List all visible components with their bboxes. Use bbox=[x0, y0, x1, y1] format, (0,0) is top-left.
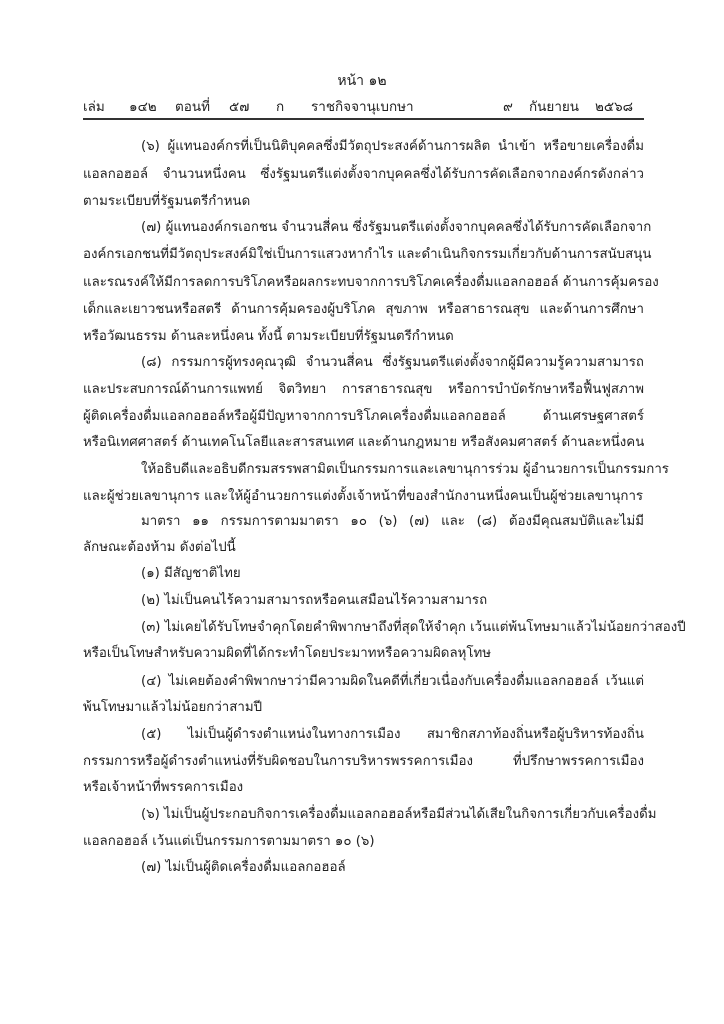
text-line: ลักษณะต้องห้าม ดังต่อไปนี้ bbox=[83, 538, 644, 558]
text-line: และผู้ช่วยเลขานุการ และให้ผู้อำนวยการแต่… bbox=[83, 487, 644, 507]
text-line: องค์กรเอกชนที่มีวัตถุประสงค์มิใช่เป็นการ… bbox=[83, 245, 644, 265]
text-line: เด็กและเยาวชนหรือสตรี ด้านการคุ้มครองผู้… bbox=[83, 300, 644, 320]
text-line: หรือวัฒนธรรม ด้านละหนึ่งคน ทั้งนี้ ตามระ… bbox=[83, 327, 644, 347]
text-line: และรณรงค์ให้มีการลดการบริโภคหรือผลกระทบจ… bbox=[83, 273, 644, 293]
text-line: ผู้ติดเครื่องดื่มแอลกอฮอล์หรือผู้มีปัญหา… bbox=[83, 407, 644, 427]
text-line: (๒) ไม่เป็นคนไร้ความสามารถหรือคนเสมือนไร… bbox=[141, 591, 644, 611]
text-line: หรือนิเทศศาสตร์ ด้านเทคโนโลยีและสารสนเทศ… bbox=[83, 433, 644, 453]
text-line: (๘) กรรมการผู้ทรงคุณวุฒิ จำนวนสี่คน ซึ่ง… bbox=[141, 353, 644, 373]
header-divider bbox=[83, 118, 644, 120]
date-year: ๒๕๖๘ bbox=[595, 95, 633, 117]
text-line: มาตรา ๑๑ กรรมการตามมาตรา ๑๐ (๖) (๗) และ … bbox=[141, 512, 644, 532]
text-line: หรือเจ้าหน้าที่พรรคการเมือง bbox=[83, 778, 644, 798]
text-line: (๖) ไม่เป็นผู้ประกอบกิจการเครื่องดื่มแอล… bbox=[141, 805, 644, 825]
text-line: กรรมการหรือผู้ดำรงตำแหน่งที่รับผิดชอบในก… bbox=[83, 752, 644, 772]
publication-name: ราชกิจจานุเบกษา bbox=[311, 95, 414, 117]
text-line: (๗) ไม่เป็นผู้ติดเครื่องดื่มแอลกอฮอล์ bbox=[141, 858, 644, 878]
date-day: ๙ bbox=[503, 95, 513, 117]
text-line: แอลกอฮอล์ เว้นแต่เป็นกรรมการตามมาตรา ๑๐ … bbox=[83, 832, 644, 852]
section-label: ตอนที่ bbox=[175, 95, 210, 117]
text-line: (๔) ไม่เคยต้องคำพิพากษาว่ามีความผิดในคดี… bbox=[141, 672, 644, 692]
page-number: หน้า ๑๒ bbox=[0, 70, 724, 92]
text-line: (๓) ไม่เคยได้รับโทษจำคุกโดยคำพิพากษาถึงท… bbox=[141, 618, 644, 638]
volume-label: เล่ม bbox=[83, 95, 105, 117]
text-line: และประสบการณ์ด้านการแพทย์ จิตวิทยา การสา… bbox=[83, 380, 644, 400]
text-line: พ้นโทษมาแล้วไม่น้อยกว่าสามปี bbox=[83, 698, 644, 718]
text-line: หรือเป็นโทษสำหรับความผิดที่ได้กระทำโดยปร… bbox=[83, 644, 644, 664]
text-line: ให้อธิบดีและอธิบดีกรมสรรพสามิตเป็นกรรมกา… bbox=[141, 460, 644, 480]
date-month: กันยายน bbox=[529, 95, 579, 117]
text-line: แอลกอฮอล์ จำนวนหนึ่งคน ซึ่งรัฐมนตรีแต่งต… bbox=[83, 165, 644, 185]
text-line: (๑) มีสัญชาติไทย bbox=[141, 564, 644, 584]
text-line: (๖) ผู้แทนองค์กรที่เป็นนิติบุคคลซึ่งมีวั… bbox=[141, 137, 644, 157]
text-line: (๕) ไม่เป็นผู้ดำรงตำแหน่งในทางการเมือง ส… bbox=[141, 725, 644, 745]
section-number: ๕๗ bbox=[229, 95, 249, 117]
text-line: ตามระเบียบที่รัฐมนตรีกำหนด bbox=[83, 192, 644, 212]
gazette-page: หน้า ๑๒ เล่ม ๑๔๒ ตอนที่ ๕๗ ก ราชกิจจานุเ… bbox=[0, 0, 724, 1024]
text-line: (๗) ผู้แทนองค์กรเอกชน จำนวนสี่คน ซึ่งรัฐ… bbox=[141, 218, 644, 238]
gazette-header: เล่ม ๑๔๒ ตอนที่ ๕๗ ก ราชกิจจานุเบกษา ๙ ก… bbox=[83, 95, 643, 115]
section-letter: ก bbox=[276, 95, 284, 117]
volume-number: ๑๔๒ bbox=[129, 95, 157, 117]
